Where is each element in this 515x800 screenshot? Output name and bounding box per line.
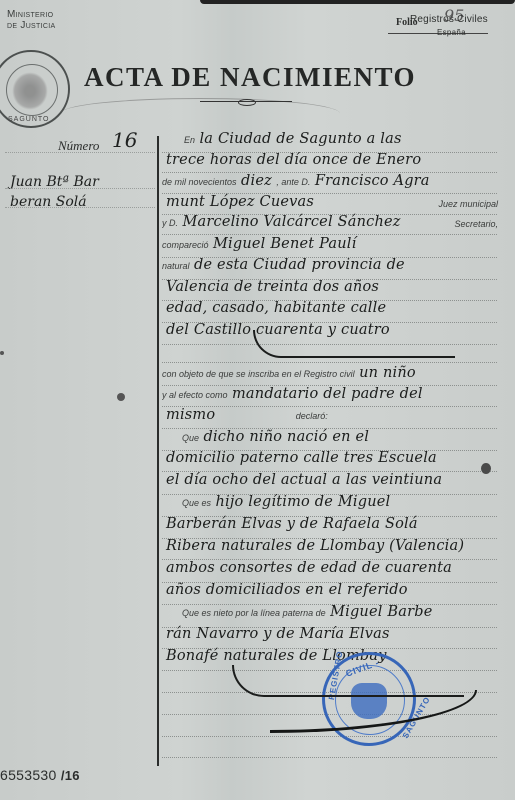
ruled-line — [162, 757, 497, 758]
body-line: Que es nieto por la línea paterna de Mig… — [162, 603, 502, 625]
ruled-line — [162, 736, 497, 737]
body-line: En la Ciudad de Sagunto a las — [162, 130, 502, 152]
ink-blot — [481, 463, 491, 474]
body-line: de mil novecientos diez , ante D. Franci… — [162, 172, 502, 194]
margin-registrant-name: Juan Btª Bar beran Solá — [10, 172, 150, 212]
numero-value: 16 — [112, 128, 137, 152]
body-line: con objeto de que se inscriba en el Regi… — [162, 364, 502, 386]
birth-certificate-page: Ministerio de Justicia 95 Folio Registro… — [0, 0, 515, 800]
body-line: Ribera naturales de Llombay (Valencia) — [162, 537, 502, 559]
body-line: trece horas del día once de Enero — [162, 151, 502, 173]
body-line: compareció Miguel Benet Paulí — [162, 235, 502, 257]
body-line: Que es hijo legítimo de Miguel — [162, 493, 502, 515]
body-line: Que dicho niño nació en el — [162, 428, 502, 450]
margin-rule — [5, 188, 155, 189]
ruled-line — [162, 362, 497, 363]
body-line: munt López Cuevas Juez municipal — [162, 193, 502, 215]
body-line: el día ocho del actual a las veintiuna — [162, 471, 502, 493]
serial-number: 6553530 /16 — [0, 767, 80, 783]
closing-flourish-tail — [270, 690, 477, 733]
title-ornament — [200, 99, 292, 105]
body-line: ambos consortes de edad de cuarenta — [162, 559, 502, 581]
margin-divider — [157, 136, 159, 766]
seal-ring-text: SAGUNTO — [8, 116, 50, 123]
body-line: Barberán Elvas y de Rafaela Solá — [162, 515, 502, 537]
body-line: Valencia de treinta dos años — [162, 278, 502, 300]
coat-of-arms-icon — [12, 72, 48, 110]
closing-flourish — [253, 330, 455, 358]
body-line: domicilio paterno calle tres Escuela — [162, 449, 502, 471]
body-line: edad, casado, habitante calle — [162, 299, 502, 321]
registry-label: Registros Civiles — [410, 14, 488, 25]
margin-name-line: beran Solá — [10, 192, 150, 212]
document-title: ACTA DE NACIMIENTO — [84, 62, 416, 93]
body-line: natural de esta Ciudad provincia de — [162, 256, 502, 278]
ink-blot — [0, 351, 4, 355]
ministry-header: Ministerio de Justicia — [7, 9, 55, 31]
margin-name-line: Juan Btª Bar — [10, 172, 150, 192]
margin-rule — [5, 152, 155, 153]
body-line: mismo declaró: — [162, 406, 502, 428]
body-line: y D. Marcelino Valcárcel Sánchez Secreta… — [162, 213, 502, 235]
ink-blot — [117, 393, 125, 401]
ministry-line-1: Ministerio — [7, 9, 55, 20]
body-line: años domiciliados en el referido — [162, 581, 502, 603]
body-line: y al efecto como mandatario del padre de… — [162, 385, 502, 407]
country-label: España — [437, 28, 466, 37]
body-line: rán Navarro y de María Elvas — [162, 625, 502, 647]
page-edge-shadow — [200, 0, 515, 4]
ministry-line-2: de Justicia — [7, 20, 55, 31]
margin-rule — [5, 207, 155, 208]
